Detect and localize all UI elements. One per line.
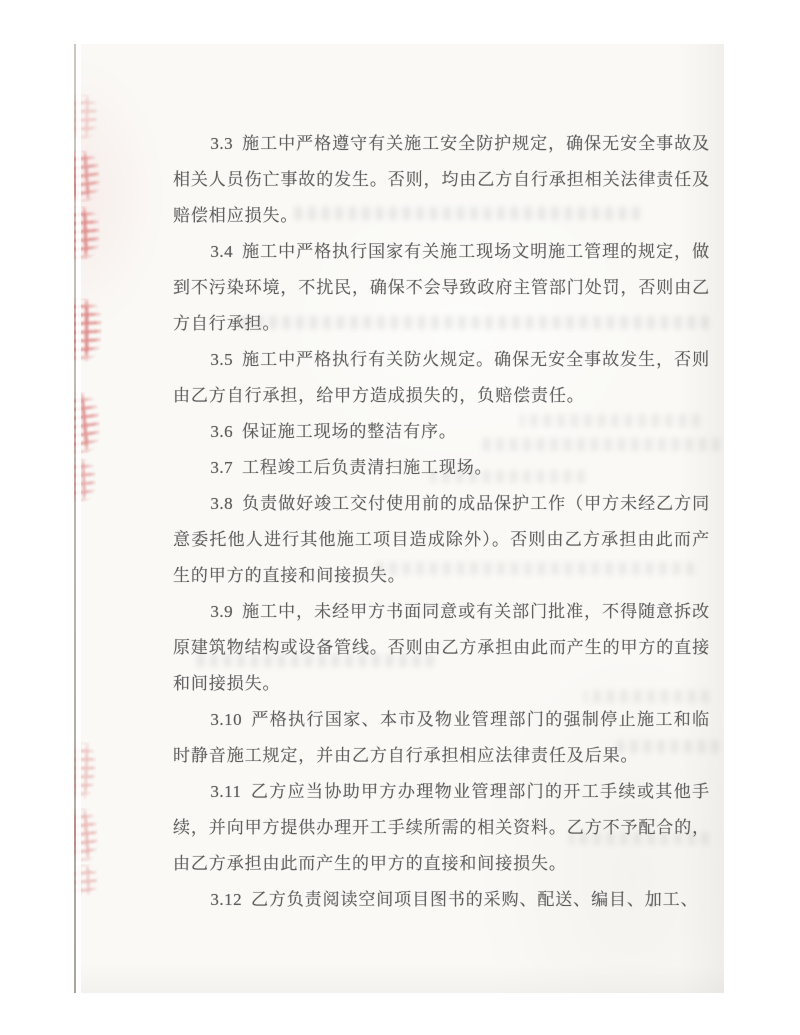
contract-text-block: 3.3施工中严格遵守有关施工安全防护规定，确保无安全事故及相关人员伤亡事故的发生… xyxy=(173,126,710,918)
seal-stamp-fragment xyxy=(74,864,98,896)
clause-3-7: 3.7工程竣工后负责清扫施工现场。 xyxy=(173,450,710,486)
clause-3-6: 3.6保证施工现场的整洁有序。 xyxy=(173,414,710,450)
clause-number: 3.12 xyxy=(210,890,242,909)
seal-stamp-fragment xyxy=(74,206,100,260)
clause-body: 严格执行国家、本市及物业管理部门的强制停止施工和临时静音施工规定，并由乙方自行承… xyxy=(173,710,710,765)
clause-3-3: 3.3施工中严格遵守有关施工安全防护规定，确保无安全事故及相关人员伤亡事故的发生… xyxy=(173,126,710,234)
clause-number: 3.9 xyxy=(210,602,233,621)
clause-body: 施工中，未经甲方书面同意或有关部门批准，不得随意拆改原建筑物结构或设备管线。否则… xyxy=(173,602,710,693)
seal-stamp-fragment xyxy=(74,297,103,362)
clause-number: 3.6 xyxy=(210,422,233,441)
clause-number: 3.8 xyxy=(210,494,233,513)
seal-stamp-fragment xyxy=(74,808,99,863)
clause-number: 3.10 xyxy=(210,710,242,729)
clause-number: 3.5 xyxy=(210,350,233,369)
seal-stamp-fragment xyxy=(74,93,99,140)
clause-number: 3.3 xyxy=(210,134,233,153)
clause-number: 3.11 xyxy=(210,782,241,801)
clause-body: 施工中严格遵守有关施工安全防护规定，确保无安全事故及相关人员伤亡事故的发生。否则… xyxy=(173,134,710,225)
clause-3-4: 3.4施工中严格执行国家有关施工现场文明施工管理的规定，做到不污染环境，不扰民，… xyxy=(173,234,710,342)
clause-3-10: 3.10严格执行国家、本市及物业管理部门的强制停止施工和临时静音施工规定，并由乙… xyxy=(173,702,710,774)
clause-body: 乙方应当协助甲方办理物业管理部门的开工手续或其他手续，并向甲方提供办理开工手续所… xyxy=(173,782,710,873)
seal-stamp-fragment xyxy=(74,458,96,502)
clause-body: 施工中严格执行国家有关施工现场文明施工管理的规定，做到不污染环境，不扰民，确保不… xyxy=(173,242,710,333)
clause-body: 保证施工现场的整洁有序。 xyxy=(242,422,457,441)
document-page: 3.3施工中严格遵守有关施工安全防护规定，确保无安全事故及相关人员伤亡事故的发生… xyxy=(74,44,724,993)
clause-body: 乙方负责阅读空间项目图书的采购、配送、编目、加工、 xyxy=(251,890,699,909)
clause-3-9: 3.9施工中，未经甲方书面同意或有关部门批准，不得随意拆改原建筑物结构或设备管线… xyxy=(173,594,710,702)
clause-body: 工程竣工后负责清扫施工现场。 xyxy=(242,458,493,477)
clause-body: 施工中严格执行有关防火规定。确保无安全事故发生，否则由乙方自行承担，给甲方造成损… xyxy=(173,350,710,405)
seal-stamp-fragment xyxy=(74,149,101,202)
clause-3-11: 3.11乙方应当协助甲方办理物业管理部门的开工手续或其他手续，并向甲方提供办理开… xyxy=(173,774,710,882)
clause-3-12: 3.12乙方负责阅读空间项目图书的采购、配送、编目、加工、 xyxy=(173,882,710,918)
clause-3-5: 3.5施工中严格执行有关防火规定。确保无安全事故发生，否则由乙方自行承担，给甲方… xyxy=(173,342,710,414)
clause-body: 负责做好竣工交付使用前的成品保护工作（甲方未经乙方同意委托他人进行其他施工项目造… xyxy=(173,494,710,585)
clause-number: 3.7 xyxy=(210,458,233,477)
seal-stamp-fragment xyxy=(74,741,98,801)
clause-3-8: 3.8负责做好竣工交付使用前的成品保护工作（甲方未经乙方同意委托他人进行其他施工… xyxy=(173,486,710,594)
clause-number: 3.4 xyxy=(210,242,233,261)
seal-stamp-fragment xyxy=(74,391,102,455)
